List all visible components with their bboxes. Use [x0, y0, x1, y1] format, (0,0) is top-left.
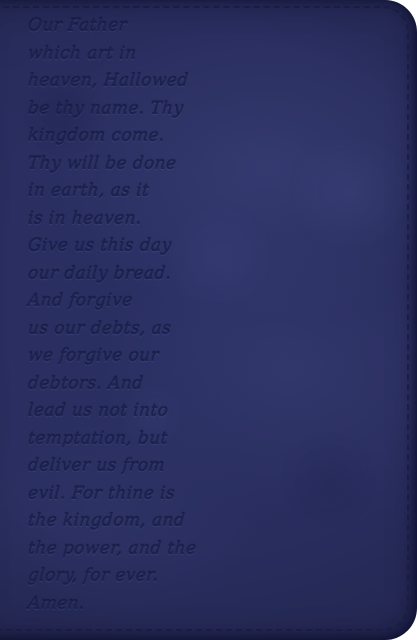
prayer-line: us our debts, as — [27, 316, 259, 344]
prayer-line: Give us this day — [27, 233, 259, 261]
prayer-line: And forgive — [27, 288, 259, 316]
prayer-line: our daily bread. — [27, 261, 259, 289]
prayer-line: is in heaven. — [27, 206, 259, 234]
prayer-line: Our Father — [27, 13, 259, 41]
prayer-line: glory, for ever. — [27, 563, 259, 591]
prayer-line: Amen. — [27, 591, 259, 619]
prayer-line: deliver us from — [27, 453, 259, 481]
prayer-line: lead us not into — [27, 398, 259, 426]
prayer-line: kingdom come. — [27, 123, 259, 151]
prayer-line: which art in — [27, 41, 259, 69]
prayer-line: in earth, as it — [27, 178, 259, 206]
product-photo: Our Father which art in heaven, Hallowed… — [0, 0, 417, 640]
prayer-line: evil. For thine is — [27, 481, 259, 509]
prayer-line: Thy will be done — [27, 151, 259, 179]
lords-prayer-text: Our Father which art in heaven, Hallowed… — [27, 13, 257, 618]
prayer-line: we forgive our — [27, 343, 259, 371]
prayer-line: heaven, Hallowed — [27, 68, 259, 96]
bible-cover: Our Father which art in heaven, Hallowed… — [0, 0, 417, 640]
prayer-line: debtors. And — [27, 371, 259, 399]
prayer-line: the power, and the — [27, 536, 259, 564]
prayer-line: temptation, but — [27, 426, 259, 454]
prayer-line: be thy name. Thy — [27, 96, 259, 124]
prayer-line: the kingdom, and — [27, 508, 259, 536]
